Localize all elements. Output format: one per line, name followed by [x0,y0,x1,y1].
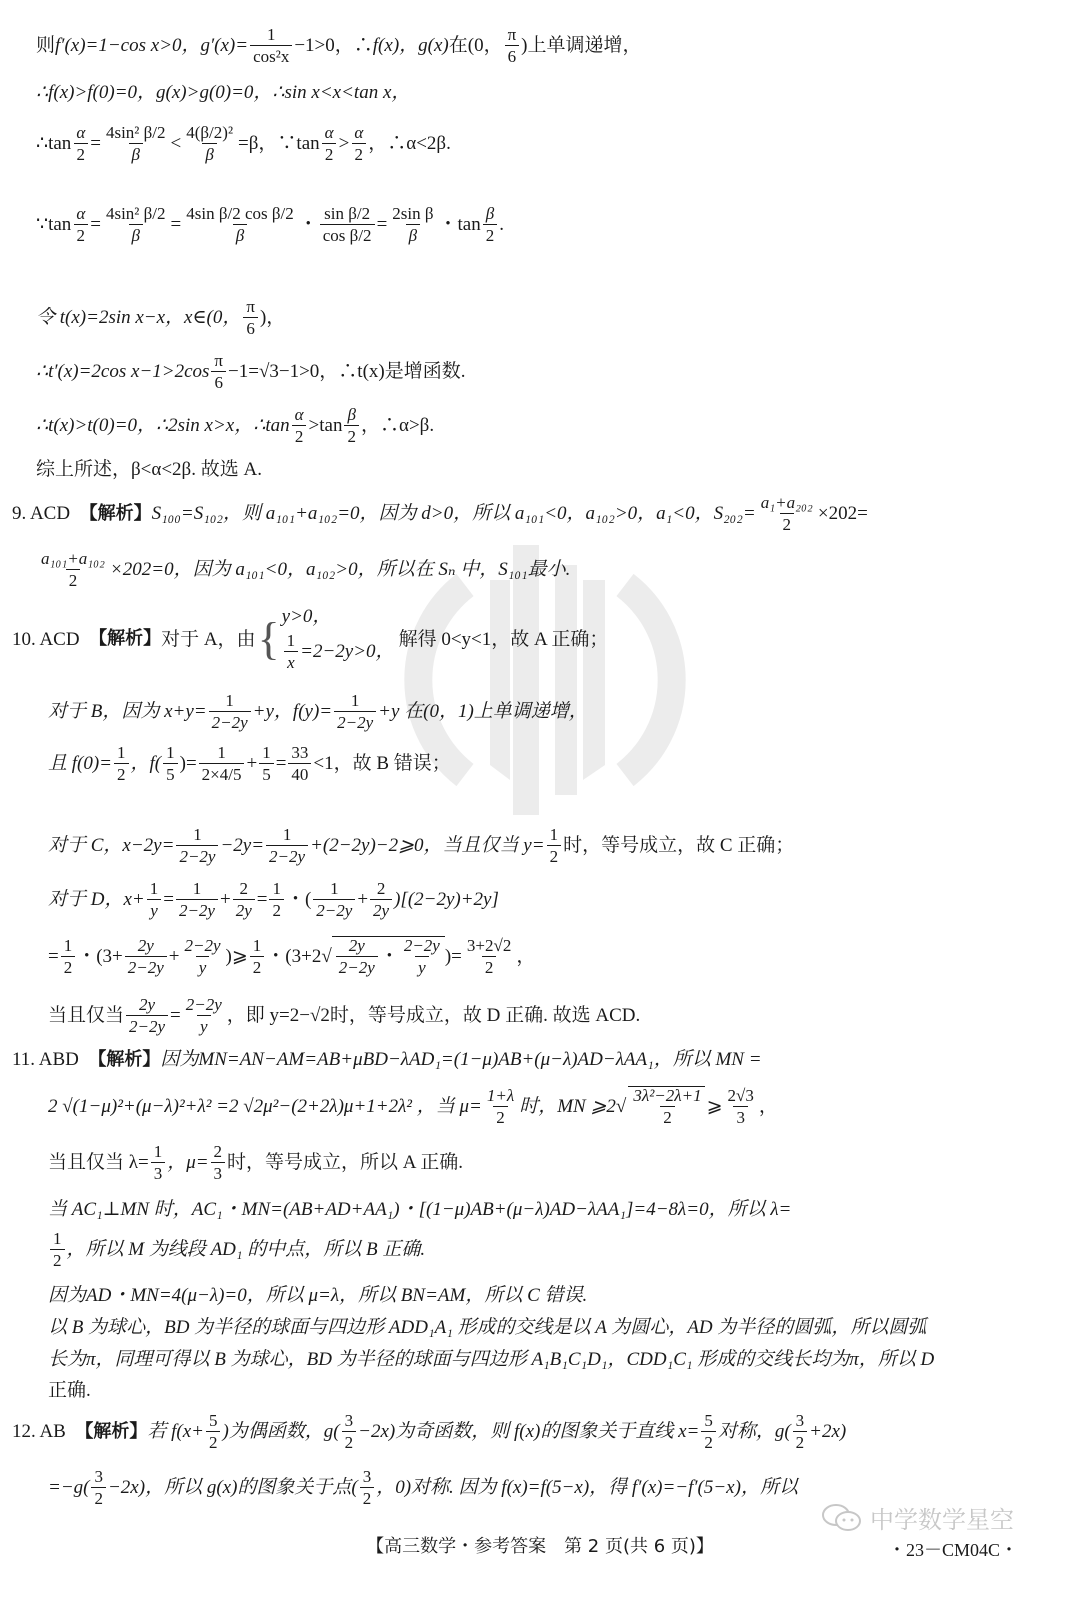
denominator: 3 [733,1106,748,1126]
denominator: 2 [547,845,562,865]
denominator: 2×4/5 [199,763,245,783]
fraction: α2 [322,124,337,163]
denominator: 2 [660,1106,675,1126]
denominator: 2 [91,1487,106,1507]
question-11-line-9: 正确. [48,1381,91,1400]
sqrt-radicand: 2y2−2y ・ 2−2yy [332,936,445,976]
numerator: π [243,298,258,317]
numerator: 3 [91,1468,106,1487]
fraction: 1y [147,880,162,919]
numerator: 1 [114,744,129,763]
math: 令 t(x)=2sin x−x，x∈(0， [36,308,241,327]
numerator: 5 [206,1412,221,1431]
math: ×202=0，因为 a₁₀₁<0，a₁₀₂>0，所以在 Sₙ 中，S₁₀₁最小. [110,560,570,579]
math: = [163,890,174,909]
math: ，f( [131,754,162,773]
fraction: 2−2yy [401,937,443,976]
numerator: 4sin² β/2 [103,205,169,224]
question-10-option-b-line-1: 对于 B，因为 x+y= 12−2y +y，f(y)= 12−2y +y 在(0… [48,692,588,731]
fraction: sin β/2cos β/2 [320,205,375,244]
fraction: α2 [73,205,88,244]
math: =−g( [48,1478,89,1497]
denominator: β [202,143,216,163]
fraction: 4sin β/2 cos β/2β [183,205,297,244]
equation: y>0， [282,604,395,629]
numerator: 2−2y [183,996,225,1015]
math: 若 f(x+ [147,1422,204,1441]
question-11-line-2: 2 √(1−μ)²+(μ−λ)²+λ² =2 √2μ²−(2+2λ)μ+1+2λ… [48,1086,778,1126]
numerator: 3λ²−2λ+1 [630,1087,704,1106]
fraction: 12−2y [313,880,355,919]
analysis-tag: 【解析】 [80,505,152,523]
math: = [257,890,268,909]
numerator: 1 [250,937,265,956]
denominator: 2 [322,143,337,163]
math: )， [260,308,285,327]
math: <1，故 B 错误； [313,754,450,773]
numerator: 1 [50,1230,65,1249]
fraction: 12 [114,744,129,783]
fraction: β2 [483,205,498,244]
fraction: α2 [73,124,88,163]
equation: 1x =2−2y>0， [282,629,395,674]
fraction: 3λ²−2λ+12 [628,1086,704,1126]
math: f(x)，g(x) [373,36,449,55]
question-9-line-2: a₁₀₁+a₁₀₂2 ×202=0，因为 a₁₀₁<0，a₁₀₂>0，所以在 S… [36,550,570,589]
text: 时，等号成立，所以 A 正确. [227,1153,463,1172]
numerator: 2 [374,880,389,899]
question-11-line-3: 当且仅当 λ= 13 ，μ= 23 时，等号成立，所以 A 正确. [48,1143,463,1182]
fraction: 52 [206,1412,221,1451]
math: = [377,215,388,234]
denominator: 3 [151,1162,166,1182]
denominator: 5 [163,763,178,783]
math: = [90,215,101,234]
question-11-line-1: 11. ABD 【解析】 因为MN=AN−AM=AB+μBD−λAD₁=(1−μ… [12,1050,762,1069]
wechat-icon [820,1501,864,1535]
numerator: a₁+a₂₀₂ [758,494,816,513]
math: +y，f(y)= [253,702,332,721]
math: 对于 B，因为 x+y= [48,702,207,721]
math: ∵tan [36,215,71,234]
proof-line-1: 则 f′(x)=1−cos x>0，g′(x)= 1cos²x −1>0，∴ f… [36,26,642,65]
denominator: 2 [114,763,129,783]
fraction: 1+λ2 [484,1087,517,1126]
numerator: 2√3 [725,1087,757,1106]
denominator: 2 [482,956,497,976]
fraction: π6 [243,298,258,337]
math: 长为π，同理可得以 B 为球心，BD 为半径的球面与四边形 A₁B₁C₁D₁，C… [48,1350,934,1369]
fraction: 12−2y [176,880,218,919]
denominator: 2 [66,569,81,589]
denominator: 6 [211,371,226,391]
math: < [171,134,182,153]
footer-text: 【高三数学・参考答案 第 2 页(共 6 页)】 [366,1536,714,1557]
math: ，μ= [167,1153,208,1172]
fraction: 12×4/5 [199,744,245,783]
fraction: 2−2yy [182,937,224,976]
fraction: 4sin² β/2β [103,205,169,244]
fraction: 4(β/2)²β [183,124,236,163]
denominator: 6 [243,317,258,337]
text: 则 [36,36,55,55]
math: )= [180,754,197,773]
math: + [246,754,257,773]
math: >tan [309,416,343,435]
proof-line-3: ∴tan α2 = 4sin² β/2β < 4(β/2)²β =β，∵tan … [36,124,451,163]
numerator: 2sin β [389,205,436,224]
fraction: 12−2y [209,692,251,731]
text: 当且仅当 [48,1006,124,1025]
math: ，所以 M 为线段 AD₁ 的中点，所以 B 正确. [67,1240,426,1259]
math: +y 在(0，1)上单调递增， [378,702,588,721]
fraction: 2y2−2y [125,937,167,976]
denominator: 2−2y [176,899,218,919]
denominator: 5 [259,763,274,783]
math: ，∴α<2β. [368,134,451,153]
math: )为偶函数，g( [222,1422,339,1441]
math: ∴f(x)>f(0)=0，g(x)>g(0)=0，∴sin x<x<tan x， [36,83,410,102]
question-10-option-c: 对于 C，x−2y= 12−2y −2y= 12−2y +(2−2y)−2⩾0，… [48,826,794,865]
question-11-line-5: 12 ，所以 M 为线段 AD₁ 的中点，所以 B 正确. [48,1230,425,1269]
math: S₁₀₀=S₁₀₂，则 a₁₀₁+a₁₀₂=0，因为 d>0，所以 a₁₀₁<0… [152,504,756,523]
text: 综上所述，β<α<2β. 故选 A. [36,460,262,479]
denominator: 2 [793,1431,808,1451]
denominator: 2 [74,224,89,244]
text: 当且仅当 λ= [48,1153,149,1172]
numerator: 2y [136,996,158,1015]
fraction: 32 [342,1412,357,1451]
numerator: 1 [190,880,205,899]
math: +(2−2y)−2⩾0，当且仅当 y= [310,836,544,855]
denominator: 2−2y [313,899,355,919]
numerator: 3 [793,1412,808,1431]
denominator: 2y [233,899,255,919]
fraction: 2y2−2y [126,996,168,1035]
proof-line-2: ∴f(x)>f(0)=0，g(x)>g(0)=0，∴sin x<x<tan x， [36,83,410,102]
denominator: 40 [288,763,311,783]
code-text: ・23－CM04C・ [888,1540,1018,1560]
math: −1>0，∴ [294,36,372,55]
denominator: 2−2y [125,956,167,976]
fraction: α2 [351,124,366,163]
denominator: 6 [505,45,520,65]
fraction: 32 [793,1412,808,1451]
math: =β，∵tan [238,134,320,153]
math: ， [759,1097,778,1116]
math: 以 B 为球心，BD 为半径的球面与四边形 ADD₁A₁ 形成的交线是以 A 为… [48,1318,926,1337]
math: 因为AD・MN=4(μ−λ)=0，所以 μ=λ，所以 BN=AM，所以 C 错误… [48,1286,587,1305]
fraction: 2y2−2y [336,937,378,976]
equation-system: y>0， 1x =2−2y>0， [282,604,395,674]
text: ，即 y=2−√2时，等号成立，故 D 正确. 故选 ACD. [227,1006,640,1025]
proof-line-5: 令 t(x)=2sin x−x，x∈(0， π6 )， [36,298,285,337]
denominator: 2 [352,143,367,163]
question-11-line-8: 长为π，同理可得以 B 为球心，BD 为半径的球面与四边形 A₁B₁C₁D₁，C… [48,1350,934,1369]
analysis-tag: 【解析】 [89,630,161,648]
numerator: 1 [259,744,274,763]
numerator: α [73,205,88,224]
math: 因为MN=AN−AM=AB+μBD−λAD₁=(1−μ)AB+(μ−λ)AD−λ… [160,1050,761,1069]
math: ・(3+ [77,947,123,966]
denominator: 2 [344,425,359,445]
numerator: 3 [360,1468,375,1487]
document-code: ・23－CM04C・ [888,1536,1018,1562]
denominator: 2 [701,1431,716,1451]
math: )= [445,947,462,966]
math: 对称，g( [718,1422,791,1441]
numerator: 1 [269,880,284,899]
denominator: 2−2y [334,711,376,731]
denominator: 2 [360,1487,375,1507]
math: . [499,215,504,234]
math: ・( [286,890,311,909]
question-11-line-6: 因为AD・MN=4(μ−λ)=0，所以 μ=λ，所以 BN=AM，所以 C 错误… [48,1286,587,1305]
numerator: 2 [236,880,251,899]
denominator: 2−2y [336,956,378,976]
math: +2x) [809,1422,846,1441]
denominator: y [415,956,429,976]
math: ， [516,947,535,966]
math: −2x)，所以 g(x)的图象关于点( [108,1478,358,1497]
math: > [339,134,350,153]
numerator: 33 [288,744,311,763]
math: )⩾ [226,947,248,966]
math: 且 f(0)= [48,754,112,773]
text: 在(0， [449,36,503,55]
numerator: 1 [348,692,363,711]
fraction: π6 [505,26,520,65]
denominator: 2 [493,1106,508,1126]
numerator: β [483,205,497,224]
denominator: 2 [61,956,76,976]
numerator: a₁₀₁+a₁₀₂ [38,550,108,569]
denominator: 2 [50,1249,65,1269]
fraction: 12−2y [334,692,376,731]
math: + [169,947,180,966]
question-10-line-1: 10. ACD 【解析】 对于 A，由 { y>0， 1x =2−2y>0， 解… [12,604,608,674]
denominator: 2 [780,513,795,533]
text: 对于 A，由 [161,630,255,649]
fraction: β2 [344,406,359,445]
math: =2−2y>0， [300,642,394,661]
fraction: α2 [292,406,307,445]
numerator: 4sin² β/2 [103,124,169,143]
math: 当 AC₁⊥MN 时，AC₁・MN=(AB+AD+AA₁)・[(1−μ)AB+(… [48,1200,791,1219]
math: ・tan [439,215,481,234]
question-9-line-1: 9. ACD 【解析】 S₁₀₀=S₁₀₂，则 a₁₀₁+a₁₀₂=0，因为 d… [12,494,868,533]
math: ・ [299,215,318,234]
math: 对于 D，x+ [48,890,145,909]
question-12-line-2: =−g( 32 −2x)，所以 g(x)的图象关于点( 32 ，0)对称. 因为… [48,1468,798,1507]
brace-icon: { [258,616,280,662]
question-12-line-1: 12. AB 【解析】 若 f(x+ 52 )为偶函数，g( 32 −2x)为奇… [12,1412,846,1451]
denominator: 2y [370,899,392,919]
fraction: 1cos²x [250,26,292,65]
fraction: 22y [233,880,255,919]
fraction: 12 [547,826,562,865]
denominator: x [284,651,298,671]
numerator: 1 [284,632,299,651]
proof-line-7: ∴t(x)>t(0)=0，∴2sin x>x，∴tan α2 >tan β2 ，… [36,406,434,445]
text: 解得 0<y<1，故 A 正确； [399,630,609,649]
fraction: 22y [370,880,392,919]
numerator: 2−2y [401,937,443,956]
numerator: 4(β/2)² [183,124,236,143]
question-10-option-b-line-2: 且 f(0)= 12 ，f( 15 )= 12×4/5 + 15 = 3340 … [48,744,451,783]
denominator: β [129,224,143,244]
question-10-option-d-line-3: 当且仅当 2y2−2y = 2−2yy ，即 y=2−√2时，等号成立，故 D … [48,996,640,1035]
denominator: y [196,956,210,976]
fraction: 2−2yy [183,996,225,1035]
denominator: 2 [342,1431,357,1451]
denominator: y [147,899,161,919]
math: ，∴α>β. [361,416,434,435]
numerator: 2y [135,937,157,956]
math: 2 √(1−μ)²+(μ−λ)²+λ² =2 √2μ²−(2+2λ)μ+1+2λ… [48,1097,482,1116]
denominator: 2−2y [266,845,308,865]
question-11-line-7: 以 B 为球心，BD 为半径的球面与四边形 ADD₁A₁ 形成的交线是以 A 为… [48,1318,926,1337]
math: = [170,1006,181,1025]
fraction: 13 [151,1143,166,1182]
numerator: 1 [264,26,279,45]
denominator: 2 [206,1431,221,1451]
numerator: 1 [163,744,178,763]
numerator: 2−2y [182,937,224,956]
numerator: 1 [222,692,237,711]
math: 对于 C，x−2y= [48,836,174,855]
fraction: a₁+a₂₀₂2 [758,494,816,533]
numerator: 4sin β/2 cos β/2 [183,205,297,224]
denominator: 2−2y [209,711,251,731]
fraction: 15 [259,744,274,783]
text: 正确. [48,1381,91,1400]
math: ・(3+2√ [266,947,331,966]
math: )[(2−2y)+2y] [394,890,499,909]
math: = [276,754,287,773]
numerator: 2y [346,937,368,956]
numerator: 5 [701,1412,716,1431]
numerator: 1+λ [484,1087,517,1106]
numerator: 1 [61,937,76,956]
question-number: 11. ABD [12,1050,79,1069]
numerator: α [351,124,366,143]
fraction: 12−2y [176,826,218,865]
fraction: 2sin ββ [389,205,436,244]
fraction: 32 [360,1468,375,1507]
math: = [171,215,182,234]
numerator: 1 [214,744,229,763]
brand-watermark: 中学数学星空 [820,1500,1014,1535]
numerator: π [505,26,520,45]
fraction: 1x [284,632,299,671]
question-10-option-d-line-2: = 12 ・(3+ 2y2−2y + 2−2yy )⩾ 12 ・(3+2√ 2y… [48,936,535,976]
fraction: 23 [211,1143,226,1182]
numerator: 3 [342,1412,357,1431]
denominator: 2 [250,956,265,976]
math: f′(x)=1−cos x>0，g′(x)= [55,36,248,55]
fraction: π6 [211,352,226,391]
math: −2y= [220,836,264,855]
math: = [90,134,101,153]
math: ∴tan [36,134,71,153]
numerator: sin β/2 [321,205,373,224]
math: = [48,947,59,966]
numerator: 1 [327,880,342,899]
denominator: 2 [74,143,89,163]
denominator: 2−2y [126,1015,168,1035]
fraction: 3+2√22 [464,937,514,976]
fraction: 12 [250,937,265,976]
math: + [357,890,368,909]
math: 时，MN ⩾2√ [519,1097,626,1116]
fraction: 3340 [288,744,311,783]
proof-conclusion: 综上所述，β<α<2β. 故选 A. [36,460,262,479]
fraction: 32 [91,1468,106,1507]
math: ，0)对称. 因为 f(x)=f(5−x)，得 f′(x)=−f′(5−x)，所… [376,1478,798,1497]
numerator: 1 [190,826,205,845]
analysis-tag: 【解析】 [75,1423,147,1441]
denominator: β [406,224,420,244]
denominator: β [129,143,143,163]
question-number: 9. ACD [12,504,70,523]
denominator: 2−2y [176,845,218,865]
denominator: cos β/2 [320,224,375,244]
fraction: 12 [269,880,284,919]
fraction: 12−2y [266,826,308,865]
math: ・ [380,947,399,966]
denominator: 2 [483,224,498,244]
question-number: 10. ACD [12,630,80,649]
proof-line-6: ∴t′(x)=2cos x−1>2cos π6 −1=√3−1>0，∴t(x)是… [36,352,466,391]
numerator: 1 [280,826,295,845]
math: ⩾ [707,1097,723,1116]
math: −1=√3−1>0，∴t(x)是增函数. [228,362,465,381]
numerator: 2 [211,1143,226,1162]
numerator: 1 [147,880,162,899]
denominator: 2 [269,899,284,919]
fraction: 12 [61,937,76,976]
text: )上单调递增， [521,36,641,55]
math: ∴t(x)>t(0)=0，∴2sin x>x，∴tan [36,416,290,435]
denominator: y [197,1015,211,1035]
text: 时，等号成立，故 C 正确； [563,836,794,855]
fraction: 4sin² β/2β [103,124,169,163]
math: + [220,890,231,909]
math: ∴t′(x)=2cos x−1>2cos [36,362,209,381]
question-11-line-4: 当 AC₁⊥MN 时，AC₁・MN=(AB+AD+AA₁)・[(1−μ)AB+(… [48,1200,791,1219]
denominator: β [233,224,247,244]
brand-name: 中学数学星空 [870,1500,1014,1535]
numerator: 1 [547,826,562,845]
numerator: α [73,124,88,143]
fraction: 15 [163,744,178,783]
denominator: cos²x [250,45,292,65]
numerator: 3+2√2 [464,937,514,956]
numerator: α [322,124,337,143]
question-number: 12. AB [12,1422,66,1441]
numerator: 1 [151,1143,166,1162]
numerator: π [211,352,226,371]
fraction: 52 [701,1412,716,1451]
math: ×202= [818,504,868,523]
math: −2x)为奇函数，则 f(x)的图象关于直线 x= [358,1422,699,1441]
fraction: 12 [50,1230,65,1269]
numerator: β [345,406,359,425]
fraction: a₁₀₁+a₁₀₂2 [38,550,108,589]
analysis-tag: 【解析】 [88,1051,160,1069]
denominator: 2 [292,425,307,445]
